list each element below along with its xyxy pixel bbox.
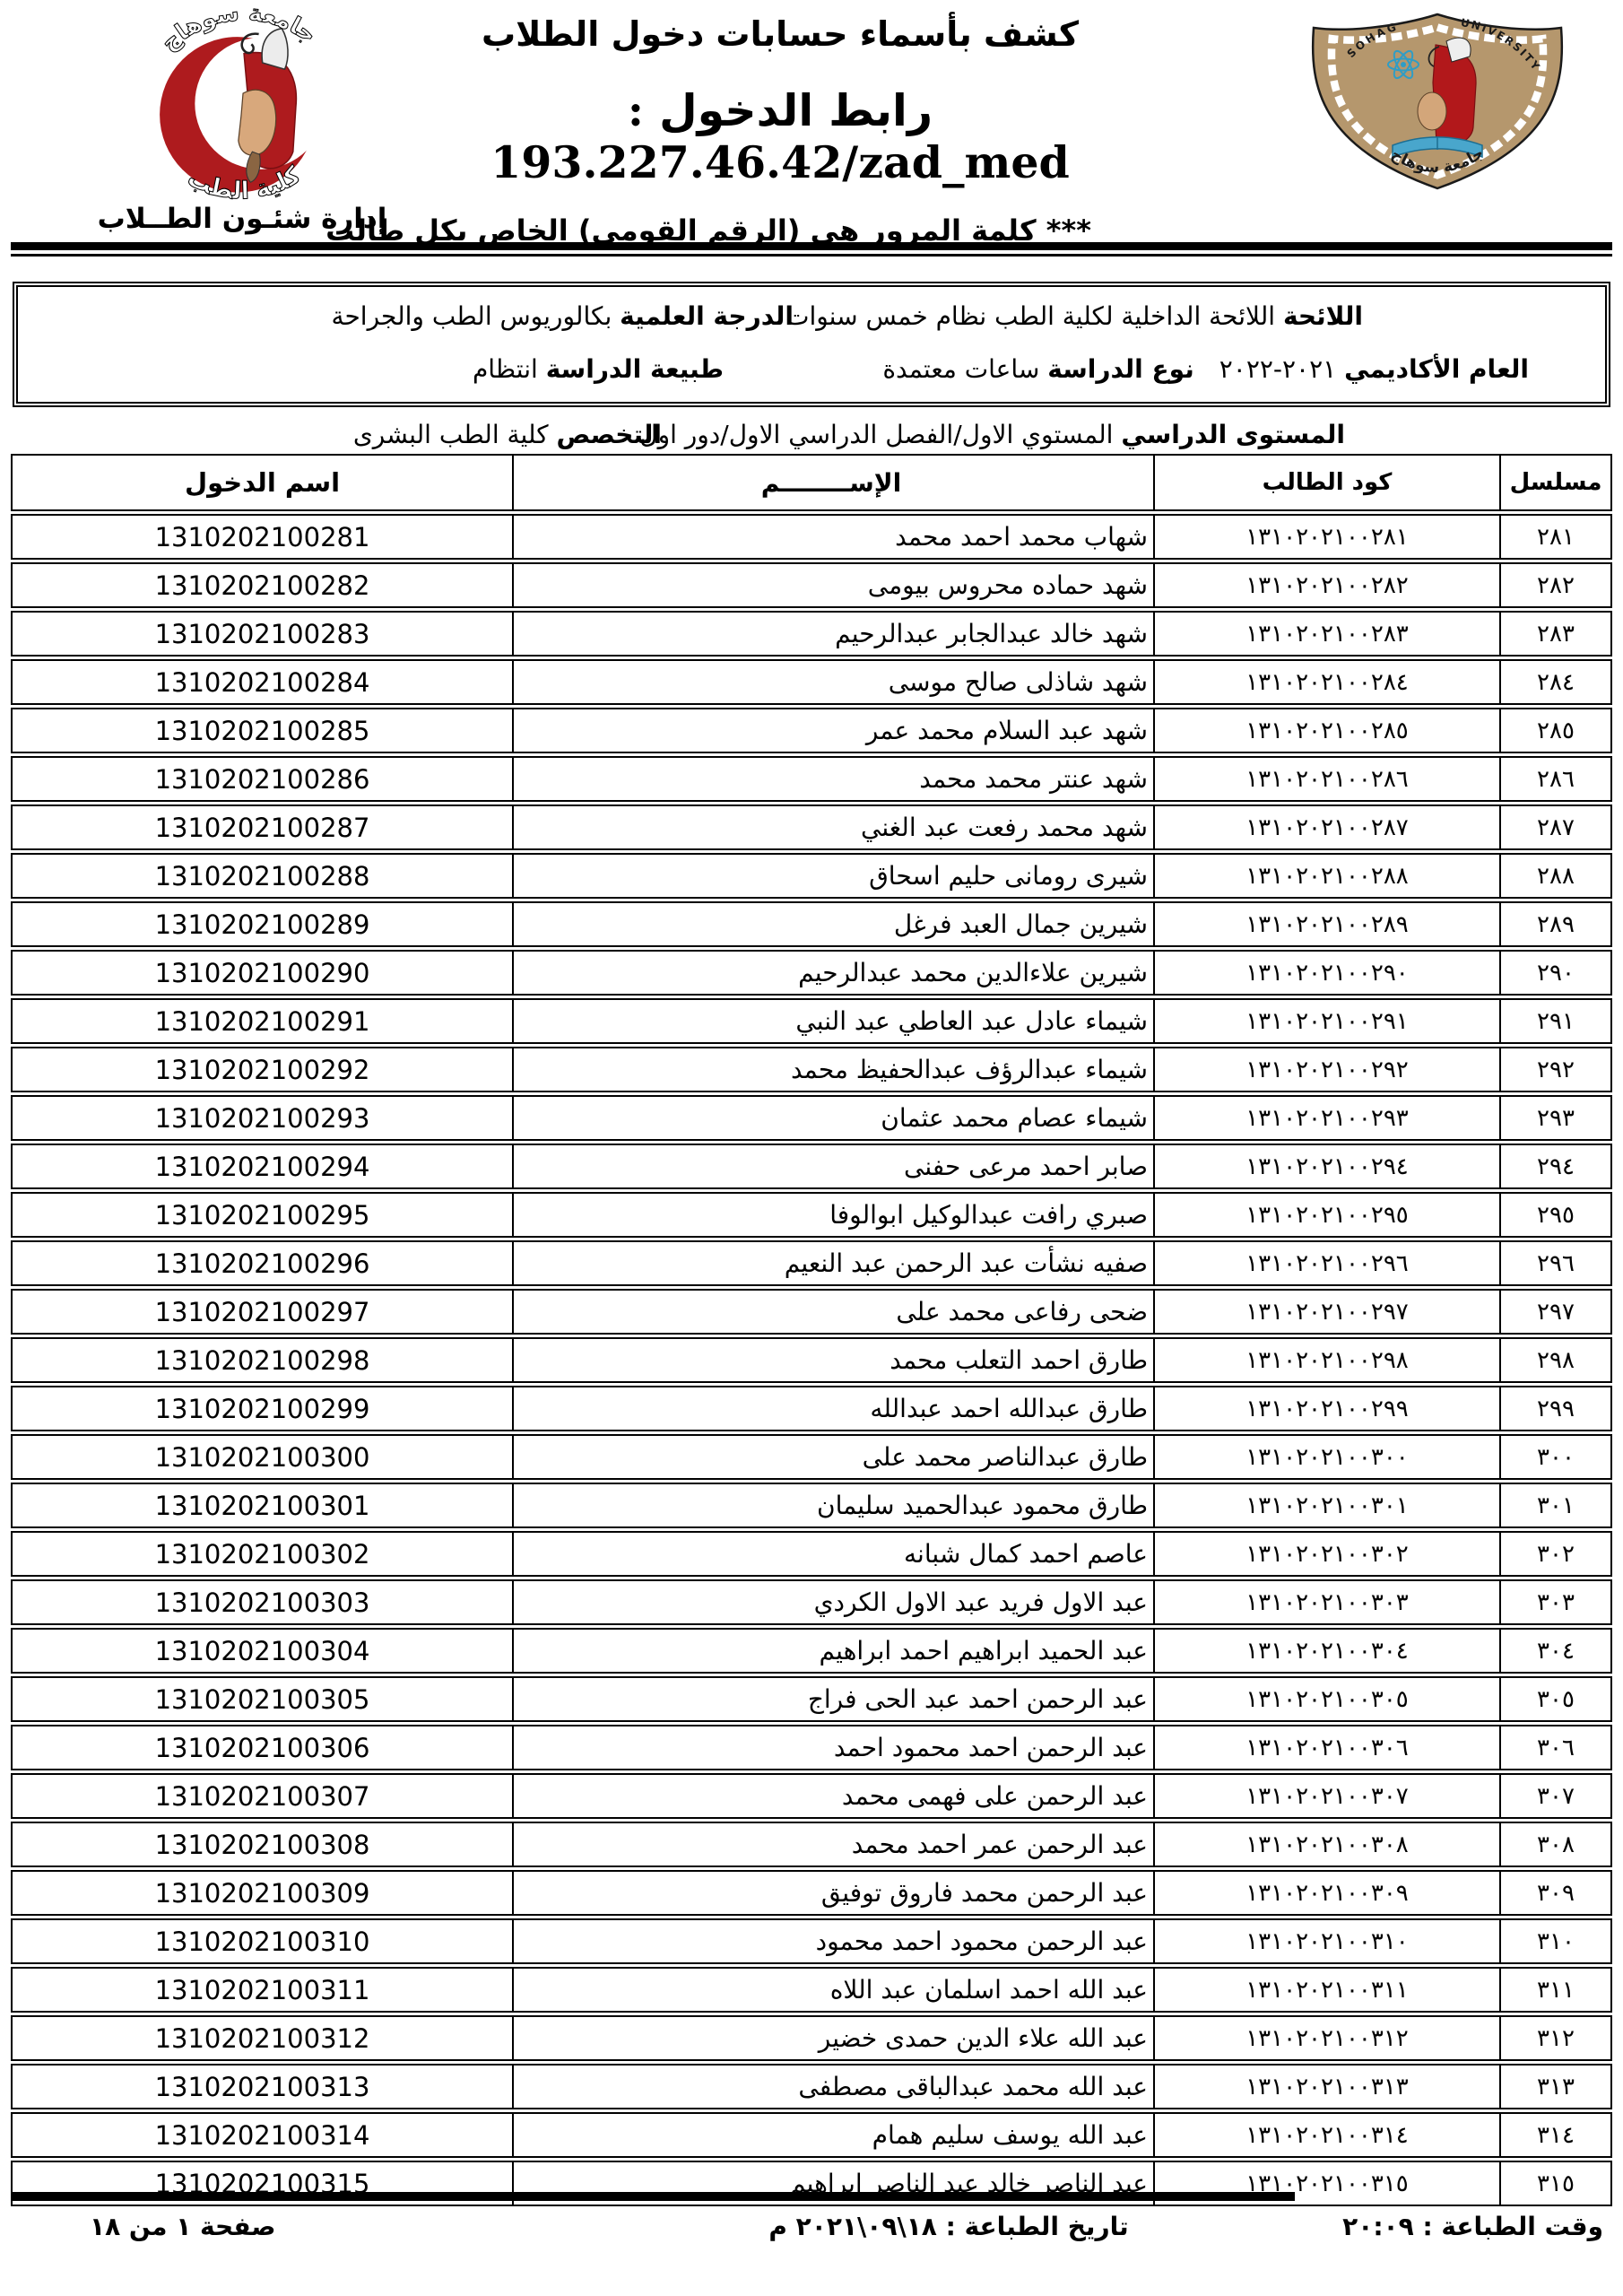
student-login: 1310202100307 (11, 1773, 512, 1819)
student-row: ٣٠٠ ١٣١٠٢٠٢١٠٠٣٠٠ طارق عبدالناصر محمد عل… (11, 1434, 1612, 1480)
table-header-row: مسلسل كود الطالب الإســــــــم اسم الدخو… (11, 454, 1612, 511)
student-row: ٣٠١ ١٣١٠٢٠٢١٠٠٣٠١ طارق محمود عبدالحميد س… (11, 1483, 1612, 1528)
student-login: 1310202100308 (11, 1822, 512, 1867)
student-serial: ٣١٣ (1499, 2064, 1612, 2109)
student-serial: ٣١٠ (1499, 1918, 1612, 1964)
student-row: ٢٨٧ ١٣١٠٢٠٢١٠٠٢٨٧ شهد محمد رفعت عبد الغن… (11, 804, 1612, 850)
student-row: ٢٩٦ ١٣١٠٢٠٢١٠٠٢٩٦ صفيه نشأت عبد الرحمن ع… (11, 1240, 1612, 1286)
student-login: 1310202100294 (11, 1144, 512, 1189)
student-row: ٢٩١ ١٣١٠٢٠٢١٠٠٢٩١ شيماء عادل عبد العاطي … (11, 998, 1612, 1044)
study-type-value: ساعات معتمدة (882, 354, 1039, 384)
student-code: ١٣١٠٢٠٢١٠٠٣٠٢ (1153, 1531, 1499, 1577)
student-login: 1310202100295 (11, 1192, 512, 1238)
student-name: شيماء عادل عبد العاطي عبد النبي (512, 998, 1153, 1044)
student-login: 1310202100289 (11, 901, 512, 947)
student-login: 1310202100313 (11, 2064, 512, 2109)
student-serial: ٢٩١ (1499, 998, 1612, 1044)
student-name: شهد محمد رفعت عبد الغني (512, 804, 1153, 850)
student-login: 1310202100290 (11, 950, 512, 996)
student-serial: ٣١٢ (1499, 2015, 1612, 2061)
student-login: 1310202100293 (11, 1095, 512, 1141)
student-name: ضحى رفاعى محمد على (512, 1289, 1153, 1335)
student-code: ١٣١٠٢٠٢١٠٠٣٠١ (1153, 1483, 1499, 1528)
student-serial: ٢٨٤ (1499, 659, 1612, 705)
student-name: شيرين علاءالدين محمد عبدالرحيم (512, 950, 1153, 996)
col-header-login: اسم الدخول (11, 454, 512, 511)
student-serial: ٣١١ (1499, 1967, 1612, 2013)
student-serial: ٢٩٥ (1499, 1192, 1612, 1238)
student-login: 1310202100291 (11, 998, 512, 1044)
header-center: كشف بأسماء حسابات دخول الطلاب رابط الدخو… (341, 0, 1219, 248)
student-name: عبد الرحمن احمد محمود احمد (512, 1725, 1153, 1770)
student-code: ١٣١٠٢٠٢١٠٠٣١٠ (1153, 1918, 1499, 1964)
student-login: 1310202100301 (11, 1483, 512, 1528)
academic-year-value: ٢٠٢١-٢٠٢٢ (1219, 354, 1336, 384)
student-row: ٣٠٣ ١٣١٠٢٠٢١٠٠٣٠٣ عبد الاول فريد عبد الا… (11, 1579, 1612, 1625)
students-table: مسلسل كود الطالب الإســــــــم اسم الدخو… (11, 451, 1612, 2209)
student-code: ١٣١٠٢٠٢١٠٠٣١٢ (1153, 2015, 1499, 2061)
page-title: كشف بأسماء حسابات دخول الطلاب (341, 14, 1219, 54)
student-row: ٣٠٨ ١٣١٠٢٠٢١٠٠٣٠٨ عبد الرحمن عمر احمد مح… (11, 1822, 1612, 1867)
student-serial: ٢٨٣ (1499, 611, 1612, 657)
student-login: 1310202100300 (11, 1434, 512, 1480)
university-logo-block: SOHAG UNIVERSITY جامعة سوهاج (1298, 11, 1576, 198)
student-row: ٣٠٦ ١٣١٠٢٠٢١٠٠٣٠٦ عبد الرحمن احمد محمود … (11, 1725, 1612, 1770)
student-serial: ٢٩٢ (1499, 1047, 1612, 1092)
student-row: ٢٨٨ ١٣١٠٢٠٢١٠٠٢٨٨ شيرى رومانى حليم اسحاق… (11, 853, 1612, 899)
student-serial: ٢٨٦ (1499, 756, 1612, 802)
student-row: ٣١١ ١٣١٠٢٠٢١٠٠٣١١ عبد الله احمد اسلمان ع… (11, 1967, 1612, 2013)
student-name: صفيه نشأت عبد الرحمن عبد النعيم (512, 1240, 1153, 1286)
student-code: ١٣١٠٢٠٢١٠٠٣٠٣ (1153, 1579, 1499, 1625)
student-serial: ٢٩٧ (1499, 1289, 1612, 1335)
header: جامعة سوهاج كلية الطب إدارة شئـون الطــل… (0, 0, 1623, 242)
student-row: ٣٠٩ ١٣١٠٢٠٢١٠٠٣٠٩ عبد الرحمن محمد فاروق … (11, 1870, 1612, 1916)
study-nature-field: طبيعة الدراسة انتظام (473, 354, 724, 384)
student-code: ١٣١٠٢٠٢١٠٠٢٩٣ (1153, 1095, 1499, 1141)
student-name: عبد الله يوسف سليم همام (512, 2112, 1153, 2158)
student-name: طارق احمد التعلب محمد (512, 1337, 1153, 1383)
student-row: ٣١٤ ١٣١٠٢٠٢١٠٠٣١٤ عبد الله يوسف سليم هما… (11, 2112, 1612, 2158)
student-login: 1310202100299 (11, 1386, 512, 1431)
study-type-field: نوع الدراسة ساعات معتمدة (882, 354, 1193, 384)
footer: وقت الطباعة : ٢٠:٠٩ تاريخ الطباعة : ١٨\٠… (0, 2212, 1623, 2241)
student-code: ١٣١٠٢٠٢١٠٠٣١٣ (1153, 2064, 1499, 2109)
student-code: ١٣١٠٢٠٢١٠٠٢٩٥ (1153, 1192, 1499, 1238)
login-url: 193.227.46.42/zad_med (490, 136, 1070, 188)
student-name: شهد خالد عبدالجابر عبدالرحيم (512, 611, 1153, 657)
student-login: 1310202100281 (11, 514, 512, 560)
student-serial: ٢٩٣ (1499, 1095, 1612, 1141)
student-row: ٢٩٢ ١٣١٠٢٠٢١٠٠٢٩٢ شيماء عبدالرؤف عبدالحف… (11, 1047, 1612, 1092)
academic-year-field: العام الأكاديمي ٢٠٢١-٢٠٢٢ (1219, 354, 1529, 384)
students-tbody: ٢٨١ ١٣١٠٢٠٢١٠٠٢٨١ شهاب محمد احمد محمد 13… (11, 514, 1612, 2206)
student-serial: ٣٠٨ (1499, 1822, 1612, 1867)
student-name: صابر احمد مرعى حفنى (512, 1144, 1153, 1189)
student-row: ٢٨٣ ١٣١٠٢٠٢١٠٠٢٨٣ شهد خالد عبدالجابر عبد… (11, 611, 1612, 657)
student-row: ٢٨٦ ١٣١٠٢٠٢١٠٠٢٨٦ شهد عنتر محمد محمد 131… (11, 756, 1612, 802)
bylaw-label: اللائحة (1283, 301, 1363, 331)
page-number: صفحة ١ من ١٨ (0, 2212, 680, 2241)
student-serial: ٣٠٩ (1499, 1870, 1612, 1916)
university-logo-icon: SOHAG UNIVERSITY جامعة سوهاج (1303, 11, 1572, 195)
col-header-name: الإســــــــم (512, 454, 1153, 511)
level-value: المستوي الاول/الفصل الدراسي الاول/دور او… (639, 420, 1113, 449)
info-row-2: العام الأكاديمي ٢٠٢١-٢٠٢٢ نوع الدراسة سا… (18, 354, 1605, 384)
student-serial: ٢٨٥ (1499, 708, 1612, 753)
student-serial: ٣٠١ (1499, 1483, 1612, 1528)
student-name: شيرين جمال العبد فرغل (512, 901, 1153, 947)
student-code: ١٣١٠٢٠٢١٠٠٢٨٩ (1153, 901, 1499, 947)
print-time-label: وقت الطباعة : (1422, 2212, 1603, 2241)
student-code: ١٣١٠٢٠٢١٠٠٣٠٨ (1153, 1822, 1499, 1867)
student-login: 1310202100303 (11, 1579, 512, 1625)
student-name: طارق محمود عبدالحميد سليمان (512, 1483, 1153, 1528)
student-serial: ٢٩٠ (1499, 950, 1612, 996)
student-name: شيماء عصام محمد عثمان (512, 1095, 1153, 1141)
student-code: ١٣١٠٢٠٢١٠٠٢٨٣ (1153, 611, 1499, 657)
student-name: شيماء عبدالرؤف عبدالحفيظ محمد (512, 1047, 1153, 1092)
print-time: وقت الطباعة : ٢٠:٠٩ (1218, 2212, 1623, 2241)
student-row: ٢٩٧ ١٣١٠٢٠٢١٠٠٢٩٧ ضحى رفاعى محمد على 131… (11, 1289, 1612, 1335)
student-login: 1310202100287 (11, 804, 512, 850)
student-code: ١٣١٠٢٠٢١٠٠٢٩٤ (1153, 1144, 1499, 1189)
student-login: 1310202100297 (11, 1289, 512, 1335)
student-name: شهد شاذلى صالح موسى (512, 659, 1153, 705)
students-section: مسلسل كود الطالب الإســــــــم اسم الدخو… (11, 451, 1612, 2209)
student-row: ٣٠٧ ١٣١٠٢٠٢١٠٠٣٠٧ عبد الرحمن على فهمى مح… (11, 1773, 1612, 1819)
student-row: ٣١٠ ١٣١٠٢٠٢١٠٠٣١٠ عبد الرحمن محمود احمد … (11, 1918, 1612, 1964)
student-row: ٢٨٩ ١٣١٠٢٠٢١٠٠٢٨٩ شيرين جمال العبد فرغل … (11, 901, 1612, 947)
student-code: ١٣١٠٢٠٢١٠٠٢٩٩ (1153, 1386, 1499, 1431)
student-row: ٢٩٣ ١٣١٠٢٠٢١٠٠٢٩٣ شيماء عصام محمد عثمان … (11, 1095, 1612, 1141)
level-line: المستوى الدراسي المستوي الاول/الفصل الدر… (13, 420, 1610, 449)
student-name: عبد الرحمن على فهمى محمد (512, 1773, 1153, 1819)
student-serial: ٢٨٨ (1499, 853, 1612, 899)
student-name: شهد حماده محروس بيومى (512, 562, 1153, 608)
year-study-group: العام الأكاديمي ٢٠٢١-٢٠٢٢ نوع الدراسة سا… (964, 354, 1529, 384)
student-login: 1310202100286 (11, 756, 512, 802)
student-serial: ٢٨٢ (1499, 562, 1612, 608)
student-name: طارق عبدالناصر محمد على (512, 1434, 1153, 1480)
student-name: عبد الله محمد عبدالباقى مصطفى (512, 2064, 1153, 2109)
student-serial: ٣٠٦ (1499, 1725, 1612, 1770)
student-code: ١٣١٠٢٠٢١٠٠٢٩٨ (1153, 1337, 1499, 1383)
page-root: { "colors": { "crescent_red": "#ae1b1e",… (0, 0, 1623, 2296)
level-label: المستوى الدراسي (1121, 420, 1345, 449)
student-name: شهد عبد السلام محمد عمر (512, 708, 1153, 753)
degree-value: بكالوريوس الطب والجراحة (331, 301, 612, 331)
student-login: 1310202100298 (11, 1337, 512, 1383)
specialty-label: التخصص (556, 420, 662, 449)
bylaw-value: اللائحة الداخلية لكلية الطب نظام خمس سنو… (785, 301, 1275, 331)
info-box: اللائحة اللائحة الداخلية لكلية الطب نظام… (13, 282, 1610, 407)
student-login: 1310202100312 (11, 2015, 512, 2061)
level-field: المستوى الدراسي المستوي الاول/الفصل الدر… (717, 420, 1345, 449)
student-name: عبد الرحمن محمد فاروق توفيق (512, 1870, 1153, 1916)
student-serial: ٣١٥ (1499, 2161, 1612, 2206)
degree-field: الدرجة العلمية بكالوريوس الطب والجراحة (331, 301, 794, 331)
student-code: ١٣١٠٢٠٢١٠٠٣٠٠ (1153, 1434, 1499, 1480)
student-serial: ٢٩٩ (1499, 1386, 1612, 1431)
student-serial: ٣٠٢ (1499, 1531, 1612, 1577)
student-serial: ٢٩٤ (1499, 1144, 1612, 1189)
student-login: 1310202100310 (11, 1918, 512, 1964)
student-serial: ٣١٤ (1499, 2112, 1612, 2158)
student-login: 1310202100296 (11, 1240, 512, 1286)
student-login: 1310202100282 (11, 562, 512, 608)
print-date-value: ١٨\٠٩\٢٠٢١ م (768, 2212, 936, 2241)
degree-label: الدرجة العلمية (620, 301, 794, 331)
student-code: ١٣١٠٢٠٢١٠٠٢٨٧ (1153, 804, 1499, 850)
student-row: ٢٩٠ ١٣١٠٢٠٢١٠٠٢٩٠ شيرين علاءالدين محمد ع… (11, 950, 1612, 996)
student-code: ١٣١٠٢٠٢١٠٠٣٠٤ (1153, 1628, 1499, 1674)
student-row: ٢٨٤ ١٣١٠٢٠٢١٠٠٢٨٤ شهد شاذلى صالح موسى 13… (11, 659, 1612, 705)
student-row: ٢٨٢ ١٣١٠٢٠٢١٠٠٢٨٢ شهد حماده محروس بيومى … (11, 562, 1612, 608)
student-row: ٢٨٥ ١٣١٠٢٠٢١٠٠٢٨٥ شهد عبد السلام محمد عم… (11, 708, 1612, 753)
student-code: ١٣١٠٢٠٢١٠٠٢٩١ (1153, 998, 1499, 1044)
student-code: ١٣١٠٢٠٢١٠٠٢٨٨ (1153, 853, 1499, 899)
student-row: ٣١٢ ١٣١٠٢٠٢١٠٠٣١٢ عبد الله علاء الدين حم… (11, 2015, 1612, 2061)
student-serial: ٣٠٧ (1499, 1773, 1612, 1819)
student-serial: ٣٠٤ (1499, 1628, 1612, 1674)
student-serial: ٢٩٦ (1499, 1240, 1612, 1286)
student-login: 1310202100302 (11, 1531, 512, 1577)
student-code: ١٣١٠٢٠٢١٠٠٢٨٥ (1153, 708, 1499, 753)
student-login: 1310202100292 (11, 1047, 512, 1092)
col-header-serial: مسلسل (1499, 454, 1612, 511)
student-name: عاصم احمد كمال شبانه (512, 1531, 1153, 1577)
student-row: ٢٩٥ ١٣١٠٢٠٢١٠٠٢٩٥ صبري رافت عبدالوكيل اب… (11, 1192, 1612, 1238)
student-code: ١٣١٠٢٠٢١٠٠٢٩٠ (1153, 950, 1499, 996)
student-row: ٢٩٩ ١٣١٠٢٠٢١٠٠٢٩٩ طارق عبدالله احمد عبدا… (11, 1386, 1612, 1431)
student-code: ١٣١٠٢٠٢١٠٠٢٩٢ (1153, 1047, 1499, 1092)
student-serial: ٢٨٧ (1499, 804, 1612, 850)
student-code: ١٣١٠٢٠٢١٠٠٢٩٧ (1153, 1289, 1499, 1335)
print-date-label: تاريخ الطباعة : (946, 2212, 1129, 2241)
student-row: ٢٩٤ ١٣١٠٢٠٢١٠٠٢٩٤ صابر احمد مرعى حفنى 13… (11, 1144, 1612, 1189)
student-name: صبري رافت عبدالوكيل ابوالوفا (512, 1192, 1153, 1238)
student-login: 1310202100306 (11, 1725, 512, 1770)
student-code: ١٣١٠٢٠٢١٠٠٣٠٩ (1153, 1870, 1499, 1916)
student-login: 1310202100283 (11, 611, 512, 657)
student-code: ١٣١٠٢٠٢١٠٠٢٨٦ (1153, 756, 1499, 802)
study-nature-value: انتظام (473, 354, 538, 384)
student-login: 1310202100309 (11, 1870, 512, 1916)
student-code: ١٣١٠٢٠٢١٠٠٢٨٢ (1153, 562, 1499, 608)
student-name: عبد الرحمن عمر احمد محمد (512, 1822, 1153, 1867)
student-login: 1310202100284 (11, 659, 512, 705)
student-login: 1310202100288 (11, 853, 512, 899)
student-serial: ٢٨٩ (1499, 901, 1612, 947)
footer-divider (11, 2192, 1295, 2201)
student-code: ١٣١٠٢٠٢١٠٠٢٩٦ (1153, 1240, 1499, 1286)
student-name: شيرى رومانى حليم اسحاق (512, 853, 1153, 899)
student-code: ١٣١٠٢٠٢١٠٠٣٠٧ (1153, 1773, 1499, 1819)
student-name: عبد الله علاء الدين حمدى خضير (512, 2015, 1153, 2061)
student-login: 1310202100285 (11, 708, 512, 753)
student-name: عبد الاول فريد عبد الاول الكردي (512, 1579, 1153, 1625)
student-login: 1310202100311 (11, 1967, 512, 2013)
login-link-line: رابط الدخول : 193.227.46.42/zad_med (341, 84, 1219, 188)
student-code: ١٣١٠٢٠٢١٠٠٣١١ (1153, 1967, 1499, 2013)
student-serial: ٣٠٥ (1499, 1676, 1612, 1722)
student-row: ٣٠٢ ١٣١٠٢٠٢١٠٠٣٠٢ عاصم احمد كمال شبانه 1… (11, 1531, 1612, 1577)
study-type-label: نوع الدراسة (1047, 354, 1193, 384)
bylaw-field: اللائحة اللائحة الداخلية لكلية الطب نظام… (794, 301, 1363, 331)
print-date: تاريخ الطباعة : ١٨\٠٩\٢٠٢١ م (680, 2212, 1218, 2241)
study-nature-label: طبيعة الدراسة (546, 354, 724, 384)
student-code: ١٣١٠٢٠٢١٠٠٣٠٦ (1153, 1725, 1499, 1770)
specialty-value: كلية الطب البشرى (353, 420, 549, 449)
student-code: ١٣١٠٢٠٢١٠٠٢٨١ (1153, 514, 1499, 560)
student-name: عبد الله احمد اسلمان عبد اللاه (512, 1967, 1153, 2013)
student-code: ١٣١٠٢٠٢١٠٠٣٠٥ (1153, 1676, 1499, 1722)
student-name: عبد الحميد ابراهيم احمد ابراهيم (512, 1628, 1153, 1674)
student-row: ٢٨١ ١٣١٠٢٠٢١٠٠٢٨١ شهاب محمد احمد محمد 13… (11, 514, 1612, 560)
password-note: *** كلمة المرور هي (الرقم القومي) الخاص … (269, 213, 1148, 248)
academic-year-label: العام الأكاديمي (1344, 354, 1529, 384)
college-logo-icon: جامعة سوهاج كلية الطب (103, 5, 381, 204)
student-row: ٣٠٥ ١٣١٠٢٠٢١٠٠٣٠٥ عبد الرحمن احمد عبد ال… (11, 1676, 1612, 1722)
login-link-label: رابط الدخول : (628, 84, 933, 136)
student-serial: ٢٩٨ (1499, 1337, 1612, 1383)
student-login: 1310202100305 (11, 1676, 512, 1722)
student-code: ١٣١٠٢٠٢١٠٠٣١٤ (1153, 2112, 1499, 2158)
print-time-value: ٢٠:٠٩ (1342, 2212, 1414, 2241)
info-row-1: اللائحة اللائحة الداخلية لكلية الطب نظام… (18, 301, 1605, 331)
student-name: شهد عنتر محمد محمد (512, 756, 1153, 802)
student-serial: ٣٠٣ (1499, 1579, 1612, 1625)
specialty-field: التخصص كلية الطب البشرى (353, 420, 662, 449)
student-name: عبد الرحمن محمود احمد محمود (512, 1918, 1153, 1964)
student-login: 1310202100304 (11, 1628, 512, 1674)
shield-pharaoh-face (1418, 92, 1446, 130)
student-login: 1310202100314 (11, 2112, 512, 2158)
student-row: ٢٩٨ ١٣١٠٢٠٢١٠٠٢٩٨ طارق احمد التعلب محمد … (11, 1337, 1612, 1383)
student-name: عبد الرحمن احمد عبد الحى فراج (512, 1676, 1153, 1722)
student-name: شهاب محمد احمد محمد (512, 514, 1153, 560)
student-row: ٣٠٤ ١٣١٠٢٠٢١٠٠٣٠٤ عبد الحميد ابراهيم احم… (11, 1628, 1612, 1674)
col-header-code: كود الطالب (1153, 454, 1499, 511)
student-code: ١٣١٠٢٠٢١٠٠٢٨٤ (1153, 659, 1499, 705)
student-serial: ٢٨١ (1499, 514, 1612, 560)
student-name: طارق عبدالله احمد عبدالله (512, 1386, 1153, 1431)
student-serial: ٣٠٠ (1499, 1434, 1612, 1480)
student-row: ٣١٣ ١٣١٠٢٠٢١٠٠٣١٣ عبد الله محمد عبدالباق… (11, 2064, 1612, 2109)
